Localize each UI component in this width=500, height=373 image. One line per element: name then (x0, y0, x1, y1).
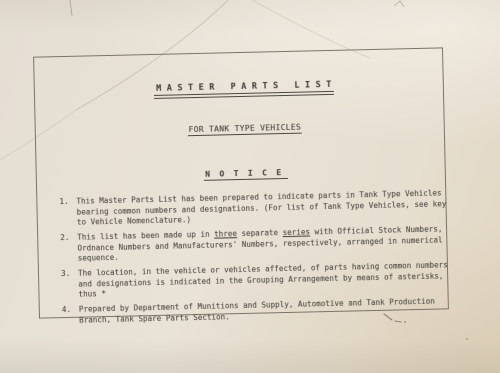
text-segment: separate (237, 228, 283, 238)
paper-crease (70, 0, 72, 16)
text-segment: thus * (78, 289, 106, 299)
scanned-document-photo: M A S T E R P A R T S L I S T FOR TANK T… (0, 0, 500, 373)
pen-dot (404, 321, 406, 323)
paper-speck (466, 338, 468, 340)
underlined-term: series (282, 227, 310, 237)
item-text: This list has been made up in three sepa… (77, 224, 443, 264)
item-number: 3. (61, 269, 79, 301)
document-border-box: M A S T E R P A R T S L I S T FOR TANK T… (33, 47, 449, 318)
text-segment: sequence. (78, 253, 119, 263)
notice-heading: N O T I C E (204, 167, 288, 180)
item-number: 1. (59, 197, 77, 229)
item-number: 4. (62, 305, 79, 326)
underlined-term: three (214, 229, 237, 239)
document-title: M A S T E R P A R T S L I S T (154, 80, 334, 96)
item-text: This Master Parts List has been prepared… (76, 188, 446, 228)
title-double-underline: M A S T E R P A R T S L I S T (154, 72, 334, 99)
item-text: The location, in the vehicle or vehicles… (78, 260, 448, 300)
notice-list: 1.This Master Parts List has been prepar… (37, 188, 448, 326)
document-headings: M A S T E R P A R T S L I S T FOR TANK T… (35, 69, 445, 184)
subtitle-row: FOR TANK TYPE VEHICLES (46, 111, 444, 139)
notice-item: 3.The location, in the vehicle or vehicl… (61, 260, 442, 300)
item-number: 2. (60, 233, 78, 265)
paper-edge-mark (394, 1, 404, 7)
notice-item: 1.This Master Parts List has been prepar… (59, 189, 440, 229)
text-segment: to Vehicle Nomenclature.) (77, 215, 191, 227)
title-row: M A S T E R P A R T S L I S T (45, 69, 443, 101)
notice-row: N O T I C E (47, 156, 445, 185)
document-subtitle: FOR TANK TYPE VEHICLES (187, 122, 302, 136)
notice-item: 2.This list has been made up in three se… (60, 224, 441, 264)
